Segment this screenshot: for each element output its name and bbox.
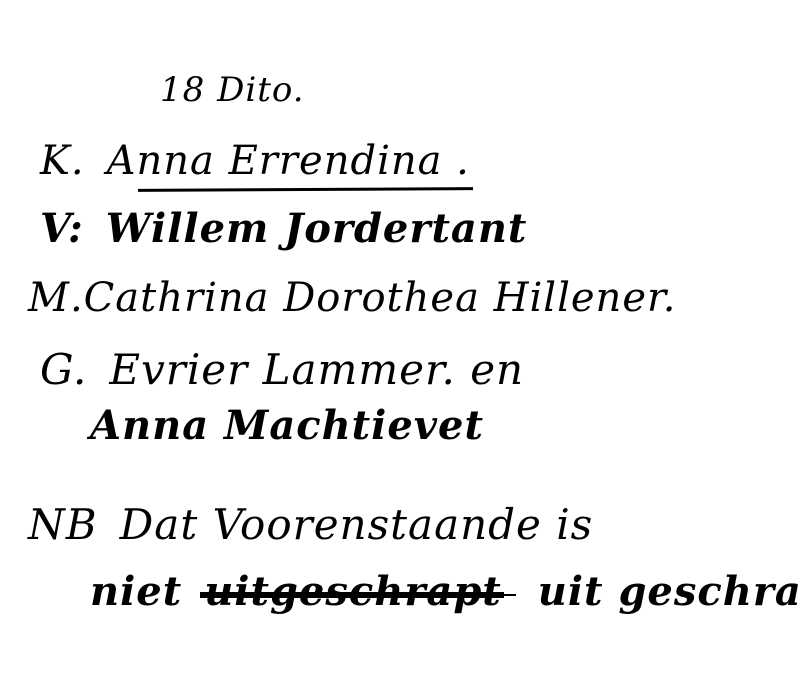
struck-through-word: uitgeschrapt xyxy=(204,568,502,615)
dash xyxy=(502,594,516,596)
entry-prefix: K. xyxy=(40,138,85,184)
entry-child: K.Anna Errendina . xyxy=(40,138,470,184)
entry-name: Willem Jordertant xyxy=(106,205,528,252)
name-underline xyxy=(138,187,473,192)
note-line-1: NBDat Voorenstaande is xyxy=(28,500,593,549)
entry-godparent-2: Anna Machtievet xyxy=(90,402,484,449)
entry-prefix: G. xyxy=(40,345,87,394)
note-line-2: nietuitgeschraptuit geschrapt xyxy=(90,568,800,615)
date-line: 18 Dito. xyxy=(160,70,305,110)
entry-name: Anna Machtievet xyxy=(90,402,484,449)
note-text: Dat Voorenstaande is xyxy=(120,500,594,549)
entry-prefix: V: xyxy=(40,205,84,252)
note-prefix: NB xyxy=(28,500,98,549)
entry-name: Anna Errendina . xyxy=(107,138,470,184)
note-word: niet xyxy=(90,568,182,615)
entry-godparents: G.Evrier Lammer. en xyxy=(40,345,524,394)
entry-prefix: M. xyxy=(28,275,84,321)
entry-name: Cathrina Dorothea Hillener. xyxy=(84,275,677,321)
entry-father: V:Willem Jordertant xyxy=(40,205,527,252)
scanned-document-page: 18 Dito. K.Anna Errendina . V:Willem Jor… xyxy=(0,0,800,700)
entry-mother: M.Cathrina Dorothea Hillener. xyxy=(28,275,676,321)
entry-name: Evrier Lammer. en xyxy=(109,345,524,394)
note-word: uit geschrapt xyxy=(538,568,800,615)
